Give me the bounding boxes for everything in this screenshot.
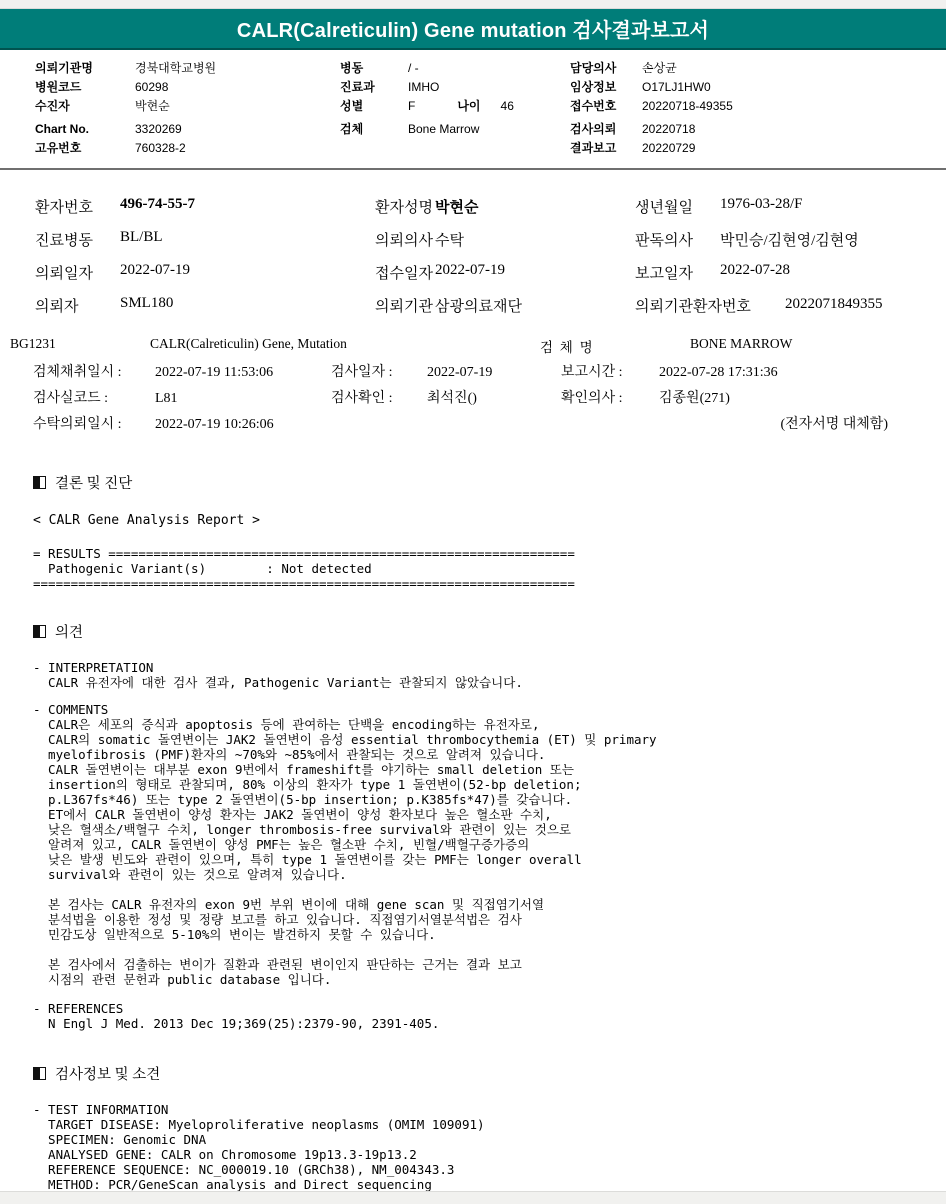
order-info-header: 의뢰기관명 경북대학교병원 병원코드 60298 수진자 박현순 Chart N… — [0, 50, 946, 158]
specimen-name-label: 검 체 명 — [540, 336, 690, 356]
test-info-section: 검사정보 및 소견 - TEST INFORMATION TARGET DISE… — [0, 1063, 946, 1192]
table-row: 진료병동 BL/BL 의뢰의사 수탁 판독의사 박민승/김현영/김현영 — [35, 229, 946, 262]
table-row: 의뢰일자 2022-07-19 접수일자 2022-07-19 보고일자 202… — [35, 262, 946, 295]
lab-report-page: CALR(Calreticulin) Gene mutation 검사결과보고서… — [0, 0, 946, 1204]
report-title-band: CALR(Calreticulin) Gene mutation 검사결과보고서 — [0, 9, 946, 50]
field-value: 20220718-49355 — [642, 97, 733, 116]
bottom-margin-strip — [0, 1191, 946, 1204]
field-row-orderer-org: 의뢰기관명 경북대학교병원 — [35, 59, 340, 78]
collection-datetime-value: 2022-07-19 11:53:06 — [155, 364, 331, 382]
field-label: 병동 — [340, 59, 408, 78]
empty-cell — [331, 416, 427, 434]
test-information-block: - TEST INFORMATION TARGET DISEASE: Myelo… — [0, 1102, 946, 1192]
field-label: 검체 — [340, 120, 408, 139]
top-margin-strip — [0, 0, 946, 9]
patient-id-label: 환자번호 — [35, 196, 120, 217]
field-value: 경북대학교병원 — [135, 59, 216, 78]
interpretation-block: - INTERPRETATION CALR 유전자에 대한 검사 결과, Pat… — [0, 660, 946, 690]
field-label: 고유번호 — [35, 139, 135, 158]
test-date-label: 검사일자 : — [331, 364, 427, 382]
referring-doctor-value: 수탁 — [435, 229, 635, 250]
birthdate-value: 1976-03-28/F — [720, 196, 946, 213]
collection-datetime-label: 검체채취일시 : — [33, 364, 155, 382]
field-value: 20220729 — [642, 139, 695, 158]
org-patient-no-value: 2022071849355 — [785, 295, 885, 313]
table-row: 환자번호 496-74-55-7 환자성명 박현순 생년월일 1976-03-2… — [35, 196, 946, 229]
field-value: / - — [408, 59, 419, 78]
test-confirm-label: 검사확인 : — [331, 390, 427, 408]
receipt-date-label: 접수일자 — [375, 262, 435, 283]
confirming-doctor-value: 김종원(271) — [659, 390, 946, 408]
report-date-label: 보고일자 — [635, 262, 720, 283]
field-label: 접수번호 — [570, 97, 642, 116]
field-row-receipt-no: 접수번호 20220718-49355 — [570, 97, 946, 116]
field-row-doctor-in-charge: 담당의사 손상균 — [570, 59, 946, 78]
age-value: 46 — [501, 97, 514, 116]
field-label: 검사의뢰 — [570, 120, 642, 139]
order-info-left-column: 의뢰기관명 경북대학교병원 병원코드 60298 수진자 박현순 Chart N… — [35, 59, 340, 158]
field-value: 20220718 — [642, 120, 695, 139]
test-detail-grid: 검체채취일시 : 2022-07-19 11:53:06 검사일자 : 2022… — [0, 364, 946, 434]
empty-cell — [427, 416, 561, 434]
field-row-result-report-date: 결과보고 20220729 — [570, 139, 946, 158]
section-bullet-icon — [33, 476, 46, 489]
reading-doctor-value: 박민승/김현영/김현영 — [720, 229, 946, 250]
field-row-specimen: 검체 Bone Marrow — [340, 120, 570, 139]
references-block: - REFERENCES N Engl J Med. 2013 Dec 19;3… — [0, 1001, 946, 1031]
test-info-heading-row: 검사정보 및 소견 — [0, 1063, 946, 1084]
report-date-value: 2022-07-28 — [720, 262, 946, 279]
patient-info-table: 환자번호 496-74-55-7 환자성명 박현순 생년월일 1976-03-2… — [0, 170, 946, 328]
consignment-request-value: 2022-07-19 10:26:06 — [155, 416, 331, 434]
e-signature-note: (전자서명 대체함) — [561, 416, 946, 434]
field-value: 3320269 — [135, 120, 182, 139]
opinion-heading-row: 의견 — [0, 621, 946, 642]
test-confirm-value: 최석진() — [427, 390, 561, 408]
requesting-org-label: 의뢰기관 — [375, 295, 435, 316]
field-value: IMHO — [408, 78, 439, 97]
field-label: 의뢰기관명 — [35, 59, 135, 78]
field-row-hospital-code: 병원코드 60298 — [35, 78, 340, 97]
request-date-label: 의뢰일자 — [35, 262, 120, 283]
report-title: CALR(Calreticulin) Gene mutation 검사결과보고서 — [237, 14, 709, 43]
field-value: O17LJ1HW0 — [642, 78, 711, 97]
lab-code-value: L81 — [155, 390, 331, 408]
field-row-department: 진료과 IMHO — [340, 78, 570, 97]
patient-id-value: 496-74-55-7 — [120, 196, 375, 213]
field-label: 담당의사 — [570, 59, 642, 78]
lab-code-label: 검사실코드 : — [33, 390, 155, 408]
field-value: 760328-2 — [135, 139, 186, 158]
results-block: = RESULTS ==============================… — [0, 546, 946, 591]
field-label: 진료과 — [340, 78, 408, 97]
order-info-right-column: 담당의사 손상균 임상정보 O17LJ1HW0 접수번호 20220718-49… — [570, 59, 946, 158]
table-row: 의뢰자 SML180 의뢰기관 삼광의료재단 의뢰기관환자번호 20220718… — [35, 295, 946, 328]
field-row-unique-no: 고유번호 760328-2 — [35, 139, 340, 158]
conclusion-heading: 결론 및 진단 — [55, 472, 132, 493]
opinion-heading: 의견 — [55, 621, 83, 642]
field-label: 수진자 — [35, 97, 135, 116]
patient-name-value: 박현순 — [435, 196, 635, 217]
report-time-label: 보고시간 : — [561, 364, 659, 382]
org-patient-no-label: 의뢰기관환자번호 — [635, 295, 785, 316]
ward-value: BL/BL — [120, 229, 375, 246]
field-label: 임상정보 — [570, 78, 642, 97]
field-row-chart-no: Chart No. 3320269 — [35, 120, 340, 139]
field-row-test-request-date: 검사의뢰 20220718 — [570, 120, 946, 139]
requesting-org-value: 삼광의료재단 — [435, 295, 635, 316]
referring-doctor-label: 의뢰의사 — [375, 229, 435, 250]
confirming-doctor-label: 확인의사 : — [561, 390, 659, 408]
birthdate-label: 생년월일 — [635, 196, 720, 217]
requester-label: 의뢰자 — [35, 295, 120, 316]
field-value: Bone Marrow — [408, 120, 479, 139]
reading-doctor-label: 판독의사 — [635, 229, 720, 250]
field-label: 성별 — [340, 97, 408, 116]
sex-value: F — [408, 97, 415, 116]
report-time-value: 2022-07-28 17:31:36 — [659, 364, 946, 382]
conclusion-section: 결론 및 진단 < CALR Gene Analysis Report > = … — [0, 472, 946, 591]
age-label: 나이 — [457, 97, 480, 116]
section-bullet-icon — [33, 625, 46, 638]
field-row-ward: 병동 / - — [340, 59, 570, 78]
section-bullet-icon — [33, 1067, 46, 1080]
request-date-value: 2022-07-19 — [120, 262, 375, 279]
requester-value: SML180 — [120, 295, 375, 312]
field-row-sex-age: 성별 F 나이 46 — [340, 97, 570, 116]
field-value: 손상균 — [642, 59, 677, 78]
consignment-request-label: 수탁의뢰일시 : — [33, 416, 155, 434]
gene-analysis-report-line: < CALR Gene Analysis Report > — [0, 513, 946, 528]
field-value: 60298 — [135, 78, 168, 97]
order-info-middle-column: 병동 / - 진료과 IMHO 성별 F 나이 46 검체 Bone Marro… — [340, 59, 570, 158]
field-label: 결과보고 — [570, 139, 642, 158]
field-label: Chart No. — [35, 120, 135, 139]
patient-name-label: 환자성명 — [375, 196, 435, 217]
test-info-heading: 검사정보 및 소견 — [55, 1063, 160, 1084]
test-code: BG1231 — [10, 336, 150, 352]
test-name: CALR(Calreticulin) Gene, Mutation — [150, 336, 540, 352]
test-date-value: 2022-07-19 — [427, 364, 561, 382]
ward-label: 진료병동 — [35, 229, 120, 250]
field-label: 병원코드 — [35, 78, 135, 97]
field-value: 박현순 — [135, 97, 170, 116]
specimen-name-value: BONE MARROW — [690, 336, 792, 352]
opinion-section: 의견 - INTERPRETATION CALR 유전자에 대한 검사 결과, … — [0, 621, 946, 1031]
field-row-clinical-info: 임상정보 O17LJ1HW0 — [570, 78, 946, 97]
conclusion-heading-row: 결론 및 진단 — [0, 472, 946, 493]
test-title-row: BG1231 CALR(Calreticulin) Gene, Mutation… — [0, 336, 946, 356]
field-row-examinee: 수진자 박현순 — [35, 97, 340, 116]
receipt-date-value: 2022-07-19 — [435, 262, 635, 279]
comments-block: - COMMENTS CALR은 세포의 증식과 apoptosis 등에 관여… — [0, 702, 946, 987]
